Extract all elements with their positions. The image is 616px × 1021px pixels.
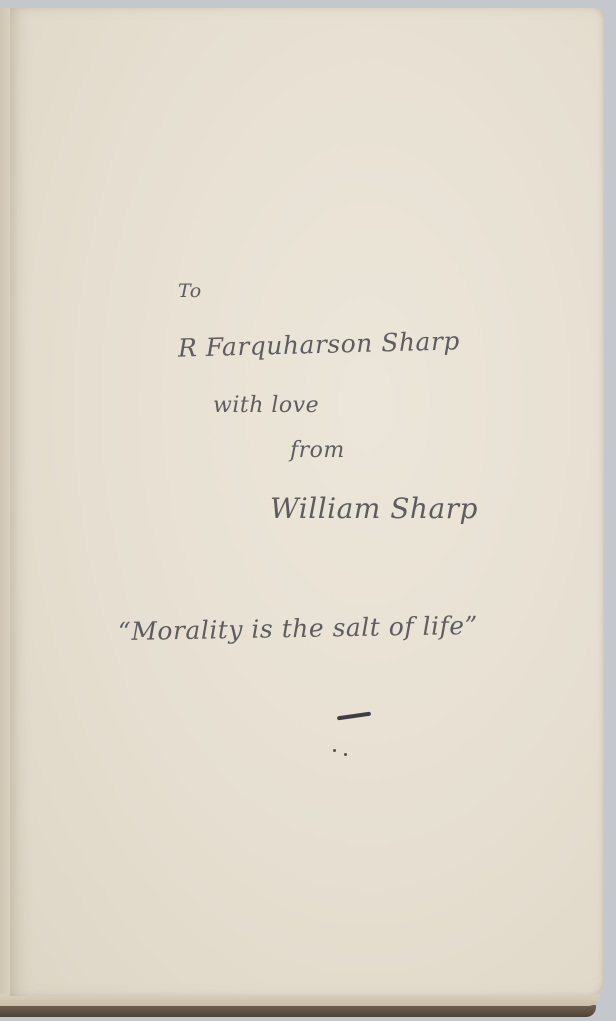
inscription-with-love: with love: [213, 393, 319, 418]
inscription-signature: William Sharp: [270, 492, 478, 525]
ink-dot: [333, 749, 336, 752]
ink-dot: [344, 753, 347, 756]
inscription-from: from: [290, 438, 345, 463]
book-cover-board: [0, 1005, 596, 1017]
inscription-to: To: [178, 280, 202, 302]
book-photo: To R Farquharson Sharp with love from Wi…: [0, 0, 616, 1021]
